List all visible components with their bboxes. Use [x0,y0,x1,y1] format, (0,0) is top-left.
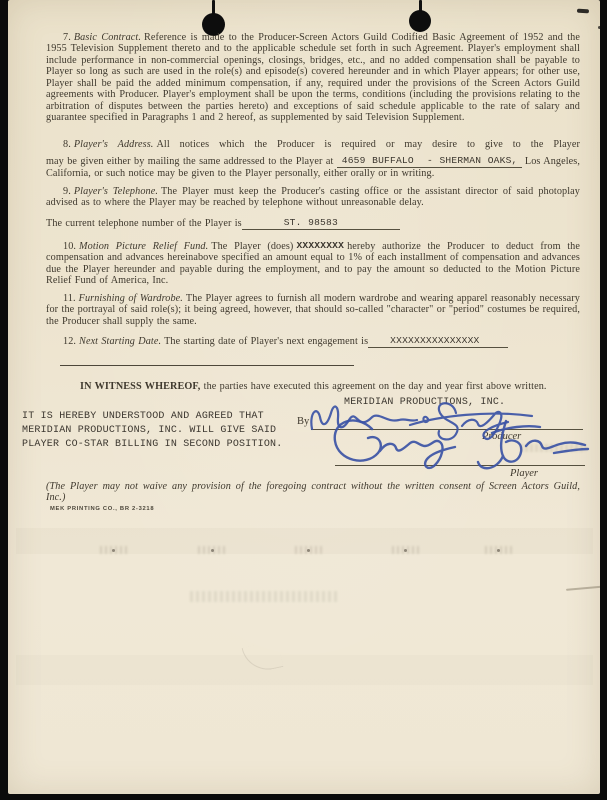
scan-border-right [600,0,607,800]
telephone-label: The current telephone number of the Play… [46,218,242,229]
paragraph-title: Basic Contract. [74,32,141,43]
paragraph-title: Player's Telephone. [74,186,158,197]
player-signature [322,413,592,475]
paragraph-number: 8. [63,139,71,150]
ink-mark [577,9,589,13]
paragraph-text: may be given either by mailing the same … [46,156,333,167]
waiver-footnote: (The Player may not waive any provision … [46,481,580,504]
telephone-line: The current telephone number of the Play… [46,218,580,230]
printer-credit: MEK PRINTING CO., BR 2-3218 [50,506,154,512]
telephone-fill-field: ST. 98583 [242,219,400,230]
paragraph-players-telephone: 9.Player's Telephone.The Player must kee… [46,186,580,209]
paragraph-motion-picture-relief-fund: 10.Motion Picture Relief Fund.The Player… [46,241,580,287]
bleed-through-dot [211,549,214,552]
witness-text: the parties have executed this agreement… [204,381,547,392]
paper-shading [16,528,593,554]
billing-note: IT IS HEREBY UNDERSTOOD AND AGREED THATM… [22,410,282,452]
scanned-contract-page: 7.Basic Contract.Reference is made to th… [0,0,607,800]
bleed-through-dot [307,549,310,552]
paragraph-number: 9. [63,186,71,197]
paragraph-title: Furnishing of Wardrobe. [79,293,183,304]
brad-fastener-right [409,10,431,32]
bleed-through-mark [190,591,338,602]
paragraph-players-address-body: may be given either by mailing the same … [46,156,580,179]
bleed-through-dot [112,549,115,552]
paper-background: 7.Basic Contract.Reference is made to th… [8,0,600,794]
next-date-fill-value: XXXXXXXXXXXXXXX [390,335,479,346]
paragraph-number: 12. [63,336,76,347]
paragraph-next-starting-date: 12.Next Starting Date.The starting date … [46,336,580,348]
address-fill-value: 4659 BUFFALO - SHERMAN OAKS, [342,155,518,166]
paragraph-text: The Player (does) [211,241,293,252]
scan-border-left [0,0,8,800]
address-fill-field: 4659 BUFFALO - SHERMAN OAKS, [337,157,522,168]
paragraph-number: 10. [63,241,76,252]
billing-note-line: IT IS HEREBY UNDERSTOOD AND AGREED THAT [22,411,264,422]
witness-lead: IN WITNESS WHEREOF, [80,381,200,392]
paper-shading [16,655,593,685]
paragraph-text: Reference is made to the Producer-Screen… [46,32,580,123]
paragraph-number: 7. [63,32,71,43]
paragraph-text: All notices which the Producer is requir… [156,139,580,150]
scan-border-bottom [0,794,607,800]
bleed-through-dot [497,549,500,552]
paragraph-furnishing-of-wardrobe: 11.Furnishing of Wardrobe.The Player agr… [46,293,580,327]
billing-note-line: PLAYER CO-STAR BILLING IN SECOND POSITIO… [22,439,282,450]
paragraph-title: Player's Address. [74,139,154,150]
section-divider-line [60,365,354,366]
struck-out-text: XXXXXXXX [296,240,344,251]
next-date-label: The starting date of Player's next engag… [164,336,368,347]
paragraph-players-address-line1: 8.Player's Address.All notices which the… [46,139,580,150]
paragraph-title: Motion Picture Relief Fund. [79,241,208,252]
witness-clause: IN WITNESS WHEREOF, the parties have exe… [46,381,580,392]
paragraph-title: Next Starting Date. [79,336,161,347]
paragraph-basic-contract: 7.Basic Contract.Reference is made to th… [46,32,580,124]
bleed-through-dot [404,549,407,552]
telephone-fill-value: ST. 98583 [284,217,338,228]
paragraph-number: 11. [63,293,76,304]
next-date-fill-field: XXXXXXXXXXXXXXX [368,337,507,348]
billing-note-line: MERIDIAN PRODUCTIONS, INC. WILL GIVE SAI… [22,425,276,436]
